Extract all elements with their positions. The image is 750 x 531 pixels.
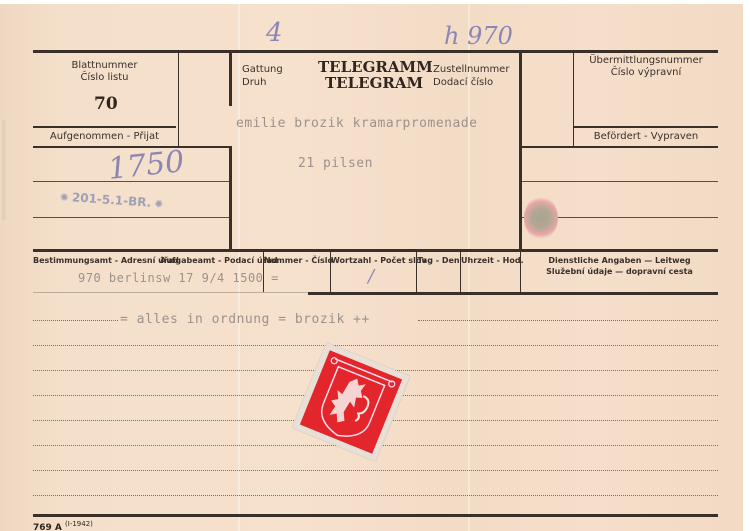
uebermittlungsnummer-label-cs: Číslo výpravní [574,67,718,79]
word-count-mark: / [368,266,374,287]
typed-routing-values: 970 berlinsw 17 9/4 1500 = [78,271,279,285]
left-box-bottom-rule [33,146,232,148]
befoerdert-label: Befördert - Vypraven [574,131,718,143]
handwritten-mark-top-left: 4 [266,18,283,48]
gattung-label-de: Gattung [242,64,283,76]
bottom-rule [33,514,718,517]
handwritten-mark-top-right: h 970 [444,22,513,50]
center-box-right-border [519,50,522,250]
zustellnummer-label-de: Zustellnummer [433,64,509,76]
right-box-rule [574,126,718,128]
message-line [418,320,718,321]
blattnummer-label-cs: Číslo listu [33,72,176,84]
service-info-label-cs: Služební údaje — dopravní cesta [521,266,718,278]
address-line-1: emilie brozik kramarpromenade [236,116,477,131]
left-box-divider [178,50,179,146]
left-box-rule [33,126,176,128]
stamp-star-icon: ✺ [151,199,164,211]
center-box-left-border-top [229,50,232,106]
stamp-star-icon: ✺ [60,192,73,204]
form-code: 769 A (I-1942) [33,520,93,531]
col-header-bestimmungsamt: Bestimmungsamt - Adresní úřad [33,255,179,267]
edge-crease [2,120,8,220]
title-cs: TELEGRAM [325,75,423,92]
col-header-tag: Tag - Den [417,255,460,267]
sheet-number: 70 [94,94,118,114]
aufgenommen-label: Aufgenommen - Přijat [33,131,176,143]
col-header-uhrzeit: Uhrzeit - Hod. [461,255,520,267]
info-row-top-rule [33,249,718,252]
center-box-left-border-bottom [229,146,232,250]
fold-crease [238,4,240,531]
gattung-label-cs: Druh [242,77,267,89]
ink-stain [524,196,558,240]
col-header-nummer: Nummer - Číslo [264,255,330,267]
address-line-2: 21 pilsen [298,156,373,171]
message-line [33,470,718,471]
message-text: = alles in ordnung = brozik ++ [120,312,370,327]
info-row-bottom-rule [308,292,718,295]
info-row-faded-rule [33,292,308,293]
message-line [33,320,118,321]
left-box-line-2 [33,217,229,218]
message-line [33,495,718,496]
zustellnummer-label-cs: Dodací číslo [433,77,493,89]
blattnummer-label-de: Blattnummer [33,60,176,72]
top-rule [33,50,718,53]
right-box-line-1 [522,181,718,182]
message-line [33,345,718,346]
col-header-aufgabeamt: Aufgabeamt - Podací úřad [160,255,278,267]
uebermittlungsnummer-label-de: Übermittlungsnummer [574,55,718,67]
right-box-bottom-rule [520,146,718,148]
